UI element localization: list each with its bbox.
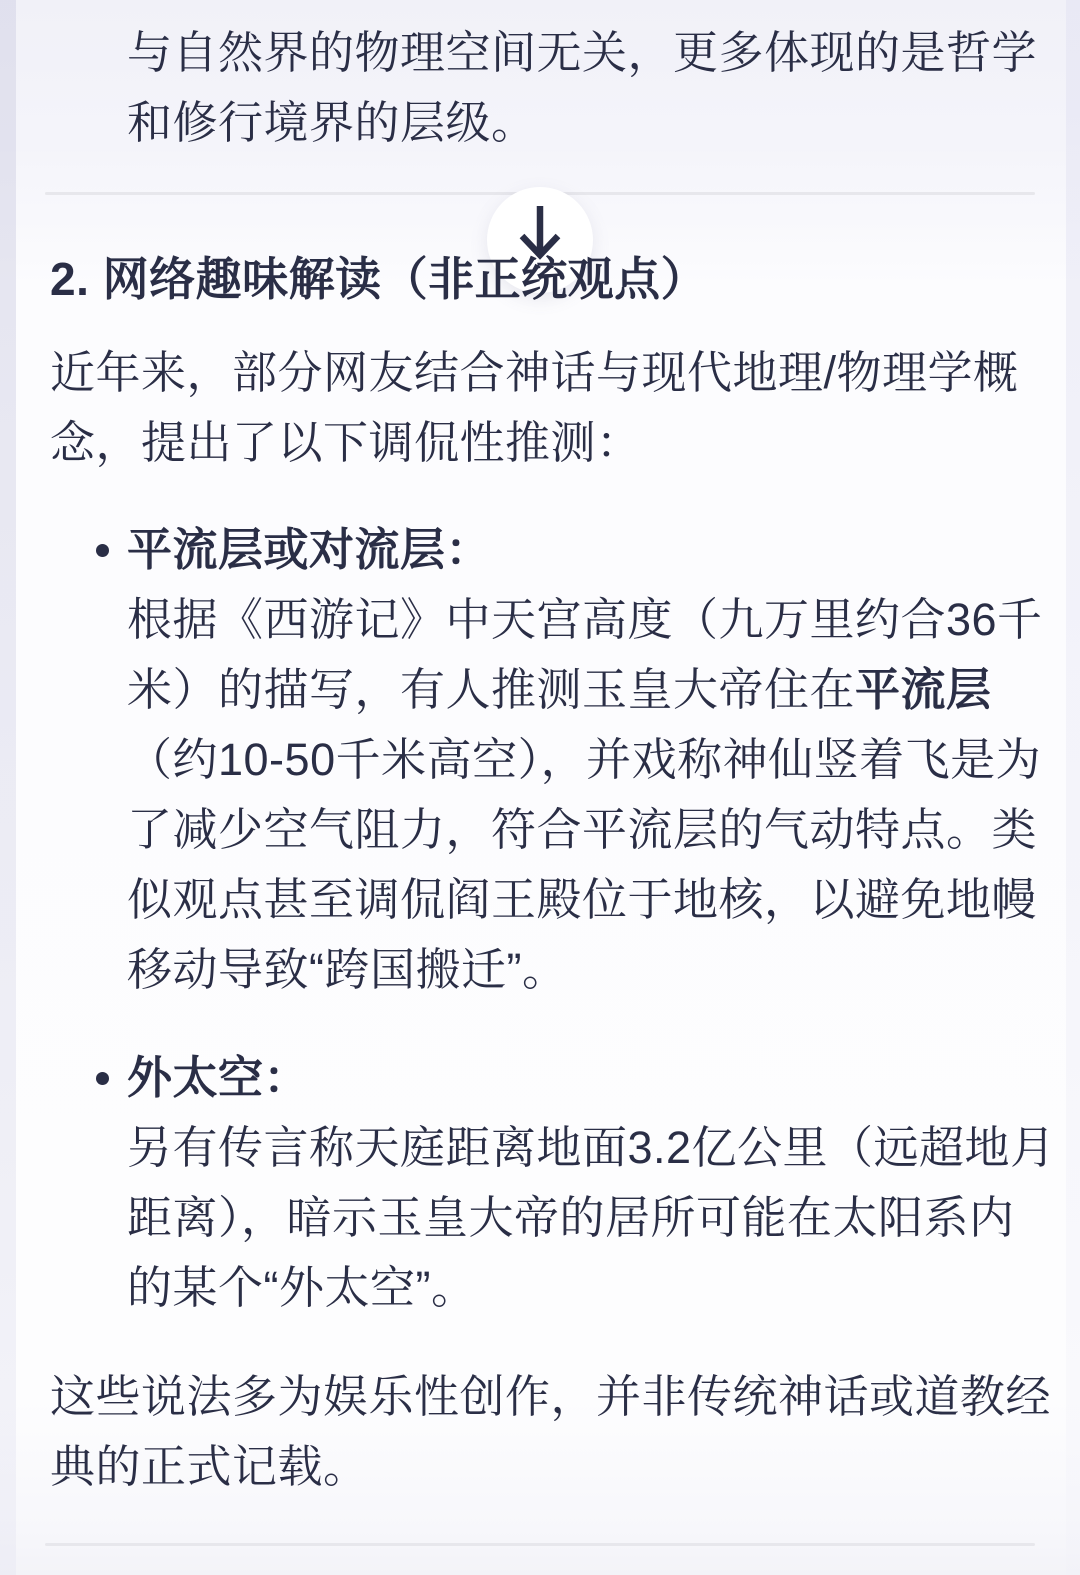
text-line: 与自然界的物理空间无关，更多体现的是哲学 <box>127 18 1040 88</box>
bullet-item-stratosphere: 平流层或对流层： 根据《西游记》中天宫高度（九万里约合36千米）的描写，有人推测… <box>50 515 1040 1005</box>
text-line: 这些说法多为娱乐性创作，并非传统神话或道教经 <box>50 1362 1040 1432</box>
section-divider-bottom <box>45 1543 1035 1546</box>
text-line: 米）的描写，有人推测玉皇大帝住在平流层 <box>127 655 1040 725</box>
bullet-list: 平流层或对流层： 根据《西游记》中天宫高度（九万里约合36千米）的描写，有人推测… <box>0 515 1080 1323</box>
text-line: 的某个“外太空”。 <box>127 1253 1040 1323</box>
text-line: 另有传言称天庭距离地面3.2亿公里（远超地月 <box>127 1113 1040 1183</box>
bullet-dot-icon <box>96 544 109 557</box>
text-line: 距离），暗示玉皇大帝的居所可能在太阳系内 <box>127 1183 1040 1253</box>
text-line: 根据《西游记》中天宫高度（九万里约合36千 <box>127 585 1040 655</box>
text-line: 念，提出了以下调侃性推测： <box>50 408 1040 478</box>
text-line: （约10-50千米高空），并戏称神仙竖着飞是为 <box>127 725 1040 795</box>
bullet-title: 平流层或对流层： <box>127 515 1040 585</box>
text-line: 似观点甚至调侃阎王殿位于地核，以避免地幔 <box>127 865 1040 935</box>
lead-paragraph: 近年来，部分网友结合神话与现代地理/物理学概 念，提出了以下调侃性推测： <box>0 338 1080 478</box>
text-line: 典的正式记载。 <box>50 1432 1040 1502</box>
bullet-body: 另有传言称天庭距离地面3.2亿公里（远超地月距离），暗示玉皇大帝的居所可能在太阳… <box>127 1113 1040 1323</box>
text-line: 了减少空气阻力，符合平流层的气动特点。类 <box>127 795 1040 865</box>
bullet-item-outer-space: 外太空： 另有传言称天庭距离地面3.2亿公里（远超地月距离），暗示玉皇大帝的居所… <box>50 1043 1040 1323</box>
section-heading: 2. 网络趣味解读（非正统观点） <box>50 247 1040 311</box>
closing-paragraph: 这些说法多为娱乐性创作，并非传统神话或道教经 典的正式记载。 <box>0 1362 1080 1502</box>
bullet-title: 外太空： <box>127 1043 1040 1113</box>
text-line: 近年来，部分网友结合神话与现代地理/物理学概 <box>50 338 1040 408</box>
chat-answer-view: 与自然界的物理空间无关，更多体现的是哲学 和修行境界的层级。 2. 网络趣味解读… <box>0 0 1080 1575</box>
text-line: 和修行境界的层级。 <box>127 88 1040 158</box>
intro-paragraph: 与自然界的物理空间无关，更多体现的是哲学 和修行境界的层级。 <box>0 0 1080 158</box>
bullet-dot-icon <box>96 1072 109 1085</box>
bullet-body: 根据《西游记》中天宫高度（九万里约合36千米）的描写，有人推测玉皇大帝住在平流层… <box>127 585 1040 1005</box>
text-line: 移动导致“跨国搬迁”。 <box>127 935 1040 1005</box>
